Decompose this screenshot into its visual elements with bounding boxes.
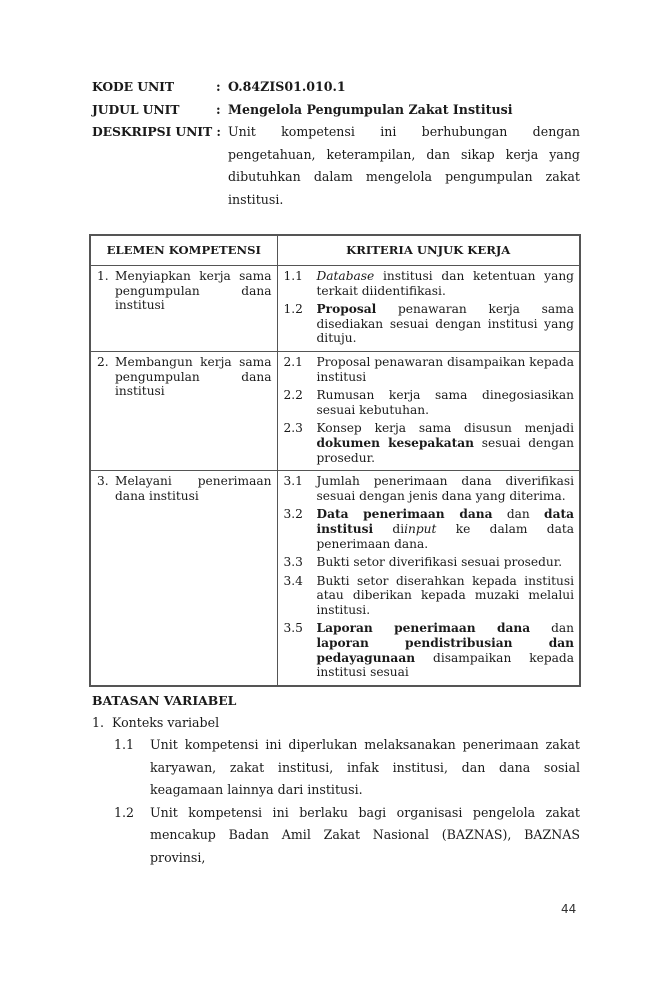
kriteria-item: 3.4Bukti setor diserahkan kepada institu…	[284, 574, 575, 618]
elemen-cell: 3.Melayani penerimaan dana institusi	[90, 471, 277, 686]
kriteria-number: 1.1	[284, 269, 317, 298]
kriteria-number: 1.2	[284, 302, 317, 346]
table-row: 1.Menyiapkan kerja sama pengumpulan dana…	[90, 266, 580, 352]
section-number: 1.	[92, 712, 112, 734]
table-row: 3.Melayani penerimaan dana institusi3.1J…	[90, 471, 580, 686]
kode-unit-value: O.84ZIS01.010.1	[228, 76, 580, 99]
kode-unit-label: KODE UNIT	[92, 76, 216, 99]
elemen-number: 2.	[97, 355, 115, 399]
kriteria-item: 3.2Data penerimaan dana dan data institu…	[284, 507, 575, 551]
kriteria-number: 2.1	[284, 355, 317, 384]
kriteria-number: 2.2	[284, 388, 317, 417]
kode-unit-row: KODE UNIT : O.84ZIS01.010.1	[92, 76, 580, 99]
elemen-cell: 1.Menyiapkan kerja sama pengumpulan dana…	[90, 266, 277, 352]
item-number: 1.2	[114, 802, 150, 870]
konteks-variabel-heading: 1. Konteks variabel	[92, 712, 580, 734]
batasan-variabel: BATASAN VARIABEL 1. Konteks variabel 1.1…	[92, 690, 580, 869]
table-header-row: ELEMEN KOMPETENSI KRITERIA UNJUK KERJA	[90, 235, 580, 266]
deskripsi-unit-label: DESKRIPSI UNIT :	[92, 121, 228, 211]
header-kriteria-unjuk-kerja: KRITERIA UNJUK KERJA	[277, 235, 580, 266]
kriteria-number: 3.5	[284, 621, 317, 679]
kriteria-number: 3.1	[284, 474, 317, 503]
colon: :	[216, 99, 228, 122]
header-elemen-kompetensi: ELEMEN KOMPETENSI	[90, 235, 277, 266]
list-item: 1.1 Unit kompetensi ini diperlukan melak…	[92, 734, 580, 802]
elemen-text: Membangun kerja sama pengumpulan dana in…	[115, 355, 272, 399]
kriteria-item: 1.2Proposal penawaran kerja sama disedia…	[284, 302, 575, 346]
batasan-variabel-title: BATASAN VARIABEL	[92, 690, 580, 712]
competency-table: ELEMEN KOMPETENSI KRITERIA UNJUK KERJA 1…	[89, 234, 581, 687]
kriteria-text: Bukti setor diverifikasi sesuai prosedur…	[317, 555, 575, 570]
deskripsi-unit-value: Unit kompetensi ini berhubungan dengan p…	[228, 121, 580, 211]
kriteria-text: Data penerimaan dana dan data institusi …	[317, 507, 575, 551]
kriteria-text: Database institusi dan ketentuan yang te…	[317, 269, 575, 298]
item-text: Unit kompetensi ini berlaku bagi organis…	[150, 802, 580, 870]
kriteria-number: 3.4	[284, 574, 317, 618]
kriteria-cell: 1.1Database institusi dan ketentuan yang…	[277, 266, 580, 352]
item-number: 1.1	[114, 734, 150, 802]
kriteria-cell: 3.1Jumlah penerimaan dana diverifikasi s…	[277, 471, 580, 686]
table-row: 2.Membangun kerja sama pengumpulan dana …	[90, 351, 580, 470]
elemen-number: 1.	[97, 269, 115, 313]
kriteria-item: 2.3Konsep kerja sama disusun menjadi dok…	[284, 421, 575, 465]
page-number: 44	[561, 902, 576, 916]
kriteria-number: 3.2	[284, 507, 317, 551]
judul-unit-label: JUDUL UNIT	[92, 99, 216, 122]
kriteria-cell: 2.1Proposal penawaran disampaikan kepada…	[277, 351, 580, 470]
kriteria-text: Proposal penawaran disampaikan kepada in…	[317, 355, 575, 384]
judul-unit-value: Mengelola Pengumpulan Zakat Institusi	[228, 99, 580, 122]
section-label: Konteks variabel	[112, 712, 219, 734]
kriteria-text: Konsep kerja sama disusun menjadi dokume…	[317, 421, 575, 465]
kriteria-item: 3.5Laporan penerimaan dana dan laporan p…	[284, 621, 575, 679]
kriteria-text: Laporan penerimaan dana dan laporan pend…	[317, 621, 575, 679]
list-item: 1.2 Unit kompetensi ini berlaku bagi org…	[92, 802, 580, 870]
kriteria-number: 2.3	[284, 421, 317, 465]
kriteria-number: 3.3	[284, 555, 317, 570]
document-page: KODE UNIT : O.84ZIS01.010.1 JUDUL UNIT :…	[0, 0, 654, 1000]
item-text: Unit kompetensi ini diperlukan melaksana…	[150, 734, 580, 802]
kriteria-item: 2.2Rumusan kerja sama dinegosiasikan ses…	[284, 388, 575, 417]
elemen-number: 3.	[97, 474, 115, 503]
kriteria-text: Jumlah penerimaan dana diverifikasi sesu…	[317, 474, 575, 503]
elemen-cell: 2.Membangun kerja sama pengumpulan dana …	[90, 351, 277, 470]
kriteria-item: 3.1Jumlah penerimaan dana diverifikasi s…	[284, 474, 575, 503]
deskripsi-unit-row: DESKRIPSI UNIT : Unit kompetensi ini ber…	[92, 121, 580, 211]
elemen-text: Menyiapkan kerja sama pengumpulan dana i…	[115, 269, 272, 313]
kriteria-text: Rumusan kerja sama dinegosiasikan sesuai…	[317, 388, 575, 417]
kriteria-text: Bukti setor diserahkan kepada institusi …	[317, 574, 575, 618]
elemen-text: Melayani penerimaan dana institusi	[115, 474, 272, 503]
unit-info: KODE UNIT : O.84ZIS01.010.1 JUDUL UNIT :…	[92, 76, 580, 211]
judul-unit-row: JUDUL UNIT : Mengelola Pengumpulan Zakat…	[92, 99, 580, 122]
kriteria-item: 2.1Proposal penawaran disampaikan kepada…	[284, 355, 575, 384]
colon: :	[216, 76, 228, 99]
kriteria-text: Proposal penawaran kerja sama disediakan…	[317, 302, 575, 346]
kriteria-item: 1.1Database institusi dan ketentuan yang…	[284, 269, 575, 298]
kriteria-item: 3.3Bukti setor diverifikasi sesuai prose…	[284, 555, 575, 570]
